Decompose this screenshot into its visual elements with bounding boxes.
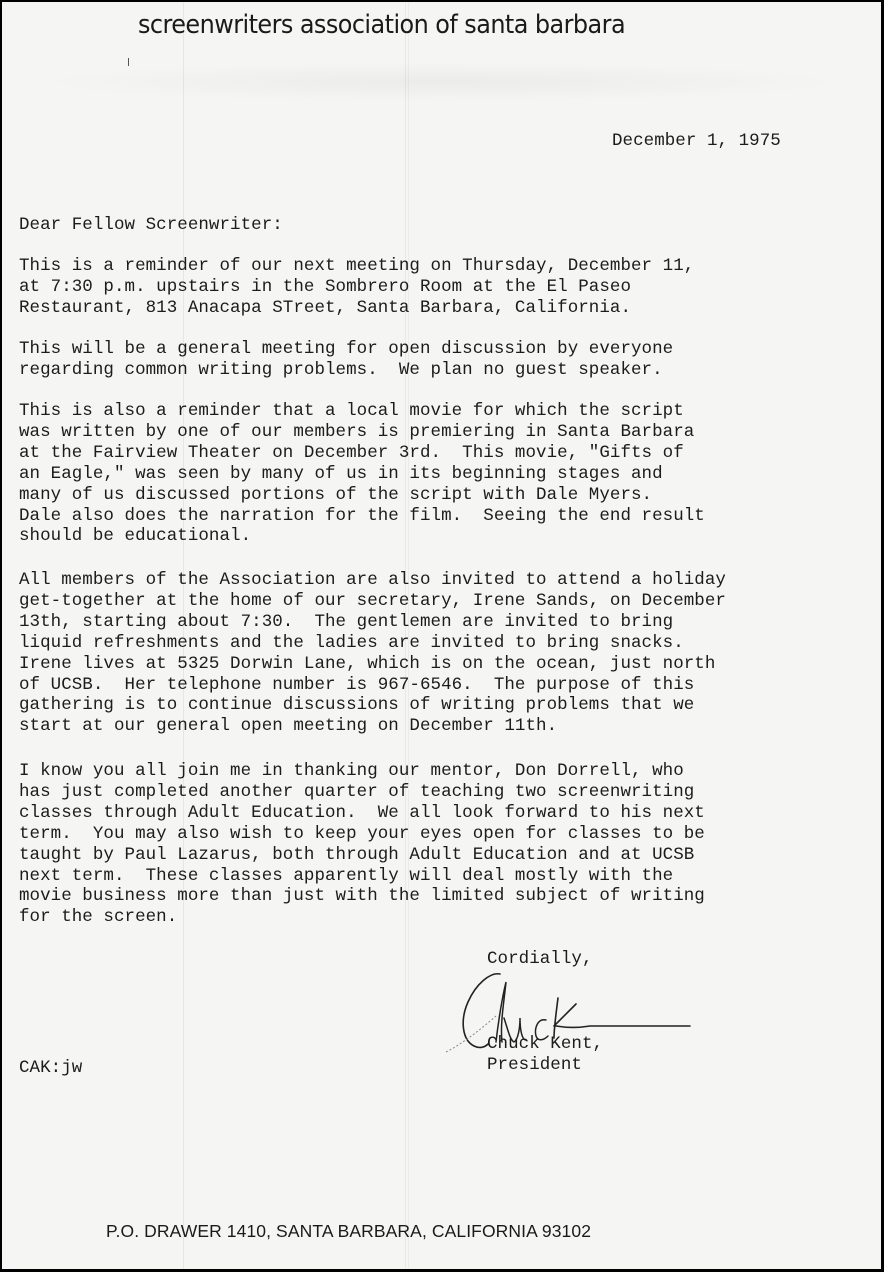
paragraph-movie-premiere: This is also a reminder that a local mov… [19,401,705,547]
salutation: Dear Fellow Screenwriter: [19,215,283,236]
signer-name: Chuck Kent, [487,1034,603,1055]
paragraph-thanks-mentor: I know you all join me in thanking our m… [19,761,705,928]
paragraph-meeting-reminder: This is a reminder of our next meeting o… [19,256,694,319]
reference-initials: CAK:jw [19,1058,82,1079]
closing: Cordially, [487,949,593,970]
signer-title: President [487,1055,582,1076]
letter-page: screenwriters association of santa barba… [2,2,881,1269]
paper-smudge [32,62,852,102]
paragraph-general-meeting: This will be a general meeting for open … [19,339,673,381]
stray-mark [128,58,129,66]
paragraph-holiday-gathering: All members of the Association are also … [19,570,726,737]
footer-address: P.O. DRAWER 1410, SANTA BARBARA, CALIFOR… [106,1221,591,1242]
letter-date: December 1, 1975 [612,131,781,152]
letterhead-title: screenwriters association of santa barba… [138,10,625,40]
